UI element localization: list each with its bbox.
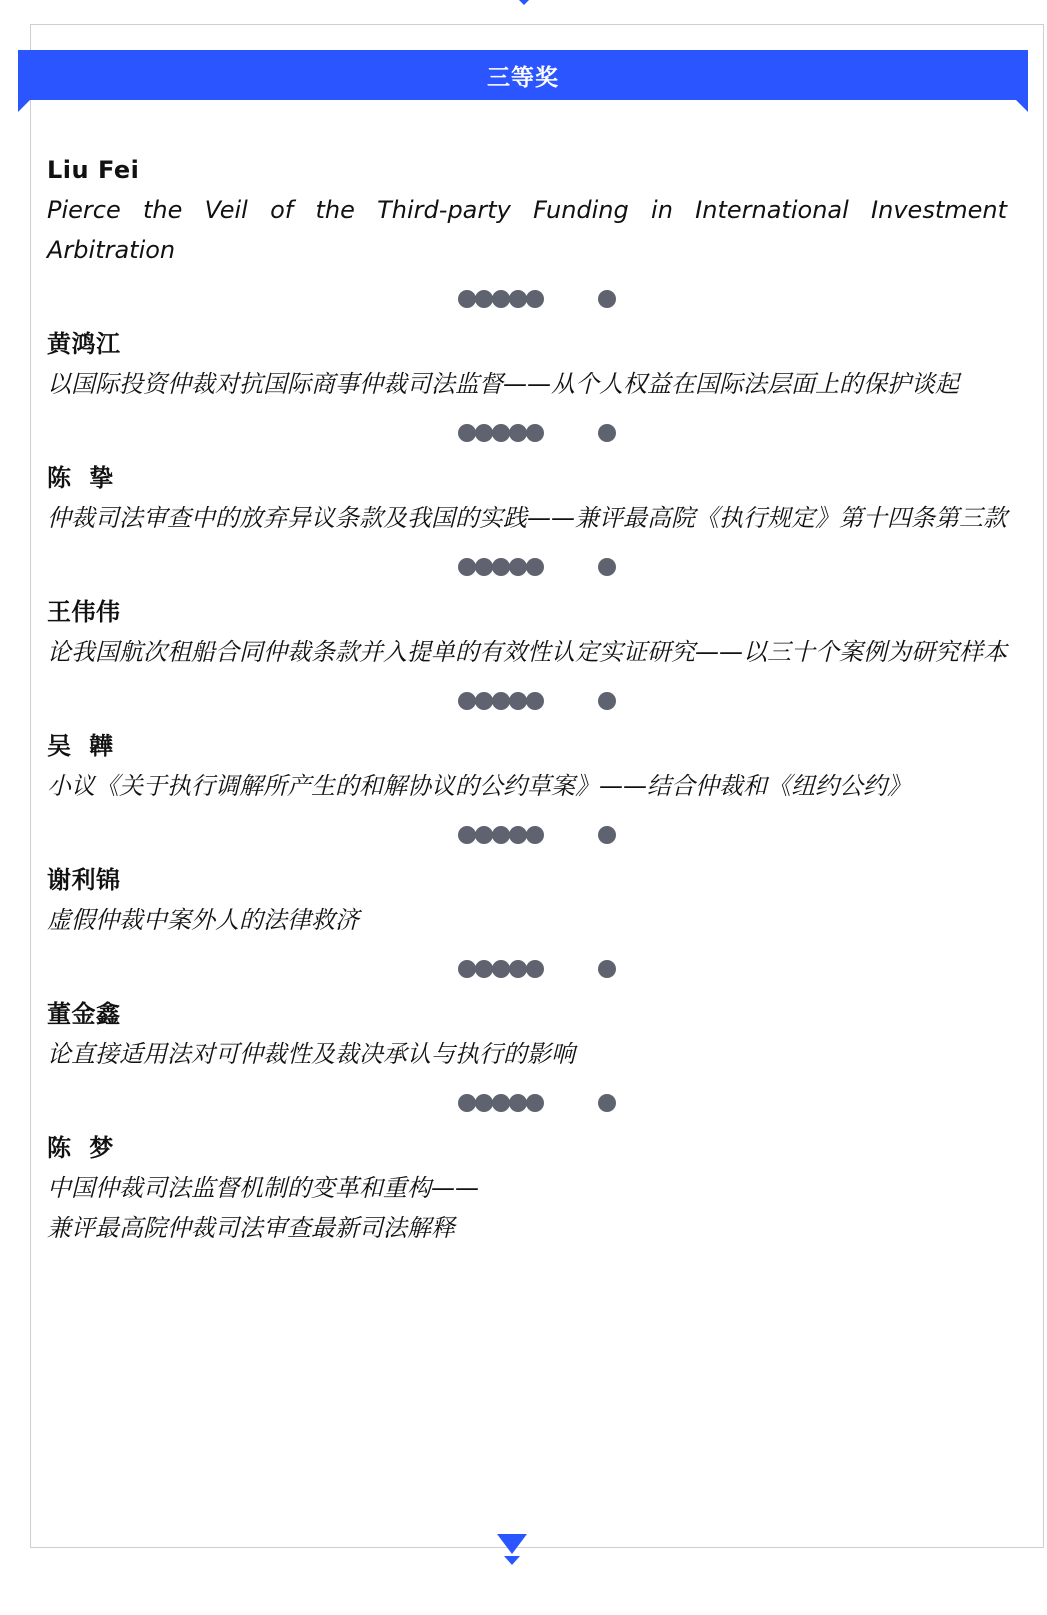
paper-title: 仲裁司法审查中的放弃异议条款及我国的实践——兼评最高院《执行规定》第十四条第三款	[47, 498, 1007, 538]
paper-title: 以国际投资仲裁对抗国际商事仲裁司法监督——从个人权益在国际法层面上的保护谈起	[47, 364, 1007, 404]
award-banner: 三等奖	[18, 50, 1028, 100]
author-name: 陈 梦	[47, 1128, 1007, 1168]
award-entry: 黄鸿江 以国际投资仲裁对抗国际商事仲裁司法监督——从个人权益在国际法层面上的保护…	[47, 324, 1007, 404]
dots-divider-icon	[47, 686, 1007, 716]
author-name: 吴 韡	[47, 726, 1007, 766]
dots-divider-icon	[47, 284, 1007, 314]
award-entry: 谢利锦 虚假仲裁中案外人的法律救济	[47, 860, 1007, 940]
author-name: 黄鸿江	[47, 324, 1007, 364]
dots-divider-icon	[47, 820, 1007, 850]
award-entry: 陈 梦 中国仲裁司法监督机制的变革和重构—— 兼评最高院仲裁司法审查最新司法解释	[47, 1128, 1007, 1248]
double-arrow-down-icon	[496, 1534, 528, 1566]
paper-title: 虚假仲裁中案外人的法律救济	[47, 900, 1007, 940]
paper-title: 中国仲裁司法监督机制的变革和重构——	[47, 1168, 1007, 1208]
banner-fold-left	[18, 100, 30, 112]
banner-title: 三等奖	[487, 59, 559, 92]
banner-fold-right	[1016, 100, 1028, 112]
author-name: 董金鑫	[47, 994, 1007, 1034]
paper-title-line2: 兼评最高院仲裁司法审查最新司法解释	[47, 1208, 1007, 1248]
award-entry: Liu Fei Pierce the Veil of the Third-par…	[47, 150, 1007, 270]
award-entry: 吴 韡 小议《关于执行调解所产生的和解协议的公约草案》——结合仲裁和《纽约公约》	[47, 726, 1007, 806]
dots-divider-icon	[47, 954, 1007, 984]
paper-title: 论我国航次租船合同仲裁条款并入提单的有效性认定实证研究——以三十个案例为研究样本	[47, 632, 1007, 672]
award-entry: 陈 挚 仲裁司法审查中的放弃异议条款及我国的实践——兼评最高院《执行规定》第十四…	[47, 458, 1007, 538]
dots-divider-icon	[47, 552, 1007, 582]
author-name: Liu Fei	[47, 150, 1007, 190]
top-arrow-down-icon	[519, 0, 529, 5]
dots-divider-icon	[47, 1088, 1007, 1118]
award-entries-list: Liu Fei Pierce the Veil of the Third-par…	[47, 150, 1007, 1248]
paper-title: 小议《关于执行调解所产生的和解协议的公约草案》——结合仲裁和《纽约公约》	[47, 766, 1007, 806]
dots-divider-icon	[47, 418, 1007, 448]
author-name: 陈 挚	[47, 458, 1007, 498]
author-name: 谢利锦	[47, 860, 1007, 900]
award-entry: 董金鑫 论直接适用法对可仲裁性及裁决承认与执行的影响	[47, 994, 1007, 1074]
award-entry: 王伟伟 论我国航次租船合同仲裁条款并入提单的有效性认定实证研究——以三十个案例为…	[47, 592, 1007, 672]
paper-title: Pierce the Veil of the Third-party Fundi…	[47, 190, 1007, 270]
paper-title: 论直接适用法对可仲裁性及裁决承认与执行的影响	[47, 1034, 1007, 1074]
author-name: 王伟伟	[47, 592, 1007, 632]
